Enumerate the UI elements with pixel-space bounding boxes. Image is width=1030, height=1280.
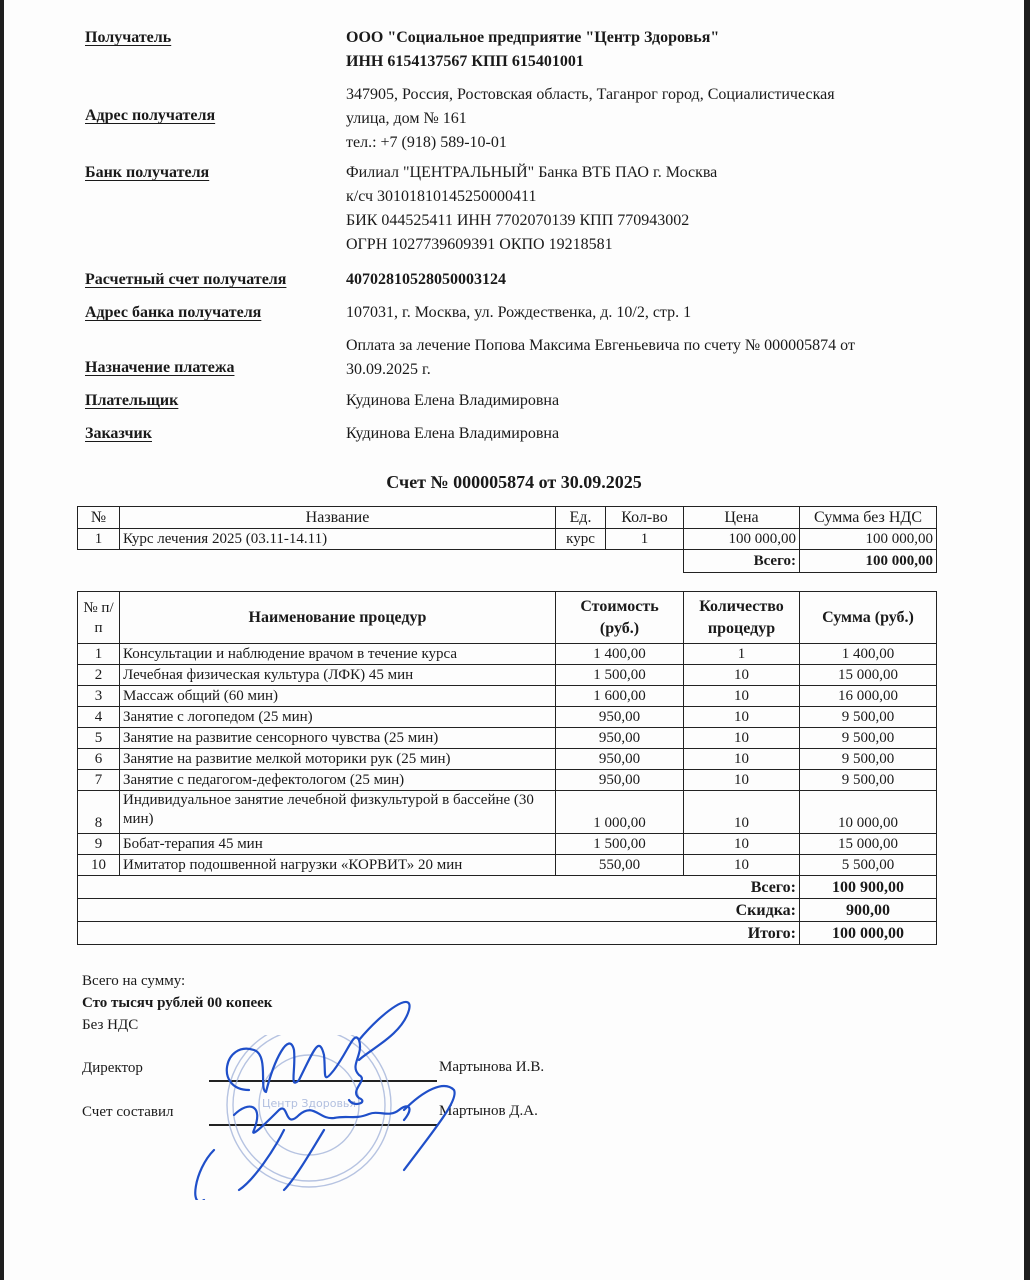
procedures-discount-row: Скидка: 900,00 (78, 899, 937, 922)
bank-address-label: Адрес банка получателя (85, 301, 261, 325)
procedures-table-header: № п/п Наименование процедур Стоимость (р… (78, 592, 937, 644)
invoice-title: Счет № 000005874 от 30.09.2025 (4, 472, 1024, 493)
row-price: 100 000,00 (684, 529, 800, 550)
settlement-account-label: Расчетный счет получателя (85, 268, 286, 292)
invoice-total-row: Всего: 100 000,00 (78, 550, 937, 573)
bank-ogrn-okpo: ОГРН 1027739609391 ОКПО 19218581 (346, 233, 936, 257)
row-num: 9 (78, 834, 120, 855)
row-name: Массаж общий (60 мин) (120, 686, 556, 707)
row-cost: 1 600,00 (556, 686, 684, 707)
table-row: 1 Курс лечения 2025 (03.11-14.11) курс 1… (78, 529, 937, 550)
bank-corr-account: к/сч 30101810145250000411 (346, 185, 936, 209)
invoice-table-header: № Название Ед. Кол-во Цена Сумма без НДС (78, 507, 937, 529)
col-num: № (78, 507, 120, 529)
row-count: 10 (684, 855, 800, 876)
row-unit: курс (556, 529, 606, 550)
row-num: 5 (78, 728, 120, 749)
procedures-total-row: Всего: 100 900,00 (78, 876, 937, 899)
row-sum: 9 500,00 (800, 770, 937, 791)
row-name: Занятие с педагогом-дефектологом (25 мин… (120, 770, 556, 791)
row-name: Лечебная физическая культура (ЛФК) 45 ми… (120, 665, 556, 686)
payer-value: Кудинова Елена Владимировна (346, 389, 936, 413)
row-cost: 950,00 (556, 749, 684, 770)
invoice-table: № Название Ед. Кол-во Цена Сумма без НДС… (77, 506, 937, 573)
row-name: Занятие с логопедом (25 мин) (120, 707, 556, 728)
table-row: 2Лечебная физическая культура (ЛФК) 45 м… (78, 665, 937, 686)
procedures-grand-total-value: 100 000,00 (800, 922, 937, 945)
table-row: 6Занятие на развитие мелкой моторики рук… (78, 749, 937, 770)
row-num: 4 (78, 707, 120, 728)
col-proc-name: Наименование процедур (120, 592, 556, 644)
recipient-address-line1: 347905, Россия, Ростовская область, Тага… (346, 83, 936, 107)
recipient-label: Получатель (85, 26, 171, 50)
procedures-total-label: Всего: (78, 876, 800, 899)
row-count: 10 (684, 707, 800, 728)
col-unit: Ед. (556, 507, 606, 529)
row-num: 10 (78, 855, 120, 876)
row-sum: 10 000,00 (800, 791, 937, 834)
row-cost: 950,00 (556, 770, 684, 791)
row-count: 10 (684, 686, 800, 707)
row-num: 3 (78, 686, 120, 707)
procedures-grand-total-label: Итого: (78, 922, 800, 945)
procedures-grand-total-row: Итого: 100 000,00 (78, 922, 937, 945)
recipient-inn-kpp: ИНН 6154137567 КПП 615401001 (346, 50, 936, 74)
director-label: Директор (82, 1057, 143, 1079)
row-name: Курс лечения 2025 (03.11-14.11) (120, 529, 556, 550)
row-cost: 1 500,00 (556, 834, 684, 855)
col-name: Название (120, 507, 556, 529)
procedures-discount-label: Скидка: (78, 899, 800, 922)
payment-purpose-line1: Оплата за лечение Попова Максима Евгенье… (346, 334, 936, 358)
recipient-address-label: Адрес получателя (85, 104, 215, 128)
row-name: Индивидуальное занятие лечебной физкульт… (120, 791, 556, 834)
row-cost: 1 000,00 (556, 791, 684, 834)
row-name: Занятие на развитие сенсорного чувства (… (120, 728, 556, 749)
table-row: 7Занятие с педагогом-дефектологом (25 ми… (78, 770, 937, 791)
row-count: 1 (684, 644, 800, 665)
procedures-total-value: 100 900,00 (800, 876, 937, 899)
row-cost: 550,00 (556, 855, 684, 876)
row-num: 1 (78, 529, 120, 550)
col-qty: Кол-во (606, 507, 684, 529)
recipient-name: ООО "Социальное предприятие "Центр Здоро… (346, 26, 936, 50)
col-proc-cost: Стоимость (руб.) (556, 592, 684, 644)
row-cost: 1 500,00 (556, 665, 684, 686)
table-row: 4Занятие с логопедом (25 мин)950,00109 5… (78, 707, 937, 728)
row-count: 10 (684, 665, 800, 686)
row-count: 10 (684, 834, 800, 855)
vat-note: Без НДС (82, 1014, 138, 1036)
signature-icon (154, 980, 474, 1200)
settlement-account-value: 40702810528050003124 (346, 268, 936, 292)
row-cost: 1 400,00 (556, 644, 684, 665)
recipient-phone: тел.: +7 (918) 589-10-01 (346, 131, 936, 155)
col-proc-count: Количество процедур (684, 592, 800, 644)
row-sum: 1 400,00 (800, 644, 937, 665)
row-name: Бобат-терапия 45 мин (120, 834, 556, 855)
payment-purpose-line2: 30.09.2025 г. (346, 358, 936, 382)
row-sum: 9 500,00 (800, 707, 937, 728)
row-cost: 950,00 (556, 707, 684, 728)
row-sum: 15 000,00 (800, 834, 937, 855)
row-cost: 950,00 (556, 728, 684, 749)
row-sum: 15 000,00 (800, 665, 937, 686)
row-num: 7 (78, 770, 120, 791)
table-row: 10Имитатор подошвенной нагрузки «КОРВИТ»… (78, 855, 937, 876)
row-qty: 1 (606, 529, 684, 550)
row-sum: 16 000,00 (800, 686, 937, 707)
table-row: 9Бобат-терапия 45 мин1 500,001015 000,00 (78, 834, 937, 855)
row-sum: 9 500,00 (800, 749, 937, 770)
customer-label: Заказчик (85, 422, 152, 446)
row-count: 10 (684, 791, 800, 834)
invoice-total-label: Всего: (684, 550, 800, 573)
row-name: Занятие на развитие мелкой моторики рук … (120, 749, 556, 770)
payment-purpose-label: Назначение платежа (85, 356, 234, 380)
recipient-bank-label: Банк получателя (85, 161, 209, 185)
row-num: 1 (78, 644, 120, 665)
row-num: 6 (78, 749, 120, 770)
table-row: 1Консультации и наблюдение врачом в тече… (78, 644, 937, 665)
bank-bik-inn-kpp: БИК 044525411 ИНН 7702070139 КПП 7709430… (346, 209, 936, 233)
customer-value: Кудинова Елена Владимировна (346, 422, 936, 446)
table-row: 8Индивидуальное занятие лечебной физкуль… (78, 791, 937, 834)
col-price: Цена (684, 507, 800, 529)
row-name: Имитатор подошвенной нагрузки «КОРВИТ» 2… (120, 855, 556, 876)
row-count: 10 (684, 728, 800, 749)
col-proc-num: № п/п (78, 592, 120, 644)
recipient-address-line2: улица, дом № 161 (346, 107, 936, 131)
table-row: 3Массаж общий (60 мин)1 600,001016 000,0… (78, 686, 937, 707)
row-num: 2 (78, 665, 120, 686)
row-num: 8 (78, 791, 120, 834)
row-count: 10 (684, 749, 800, 770)
bank-name: Филиал "ЦЕНТРАЛЬНЫЙ" Банка ВТБ ПАО г. Мо… (346, 161, 936, 185)
row-sum: 100 000,00 (800, 529, 937, 550)
col-sum: Сумма без НДС (800, 507, 937, 529)
invoice-document: Получатель ООО "Социальное предприятие "… (4, 0, 1024, 1280)
procedures-table: № п/п Наименование процедур Стоимость (р… (77, 591, 937, 945)
row-sum: 9 500,00 (800, 728, 937, 749)
invoice-total-value: 100 000,00 (800, 550, 937, 573)
row-name: Консультации и наблюдение врачом в течен… (120, 644, 556, 665)
row-sum: 5 500,00 (800, 855, 937, 876)
procedures-discount-value: 900,00 (800, 899, 937, 922)
bank-address-value: 107031, г. Москва, ул. Рождественка, д. … (346, 301, 936, 325)
table-row: 5Занятие на развитие сенсорного чувства … (78, 728, 937, 749)
col-proc-sum: Сумма (руб.) (800, 592, 937, 644)
payer-label: Плательщик (85, 389, 178, 413)
row-count: 10 (684, 770, 800, 791)
